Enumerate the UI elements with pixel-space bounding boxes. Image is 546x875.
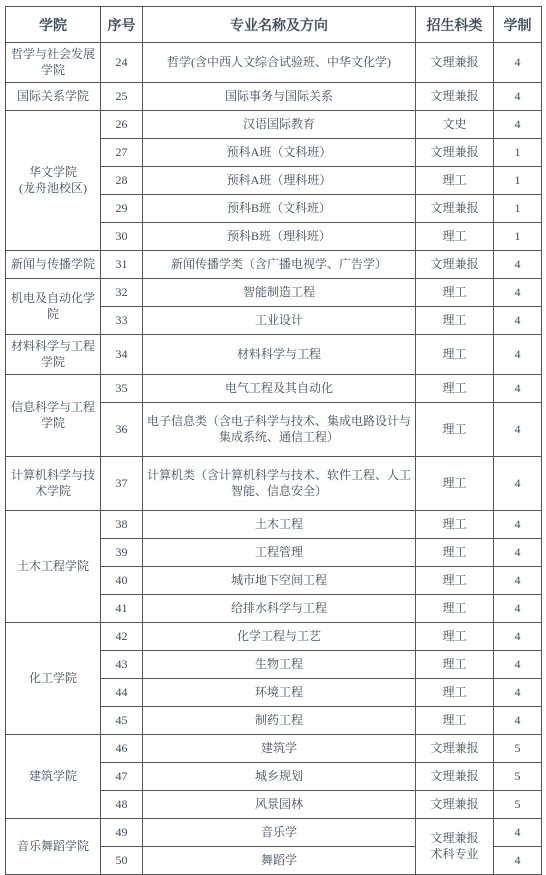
duration-cell: 4 [494, 375, 542, 403]
college-cell: 哲学与社会发展学院 [6, 43, 101, 83]
duration-cell: 4 [494, 511, 542, 539]
number-cell: 49 [101, 819, 143, 847]
category-cell: 理工 [416, 651, 494, 679]
table-row: 哲学与社会发展学院 24 哲学(含中西人文综合试验班、中华文化学) 文理兼报 4 [6, 43, 542, 83]
header-number: 序号 [101, 7, 143, 43]
number-cell: 35 [101, 375, 143, 403]
major-cell: 风景园林 [143, 791, 416, 819]
major-cell: 给排水科学与工程 [143, 595, 416, 623]
duration-cell: 4 [494, 111, 542, 139]
major-cell: 生物工程 [143, 651, 416, 679]
header-category: 招生科类 [416, 7, 494, 43]
number-cell: 43 [101, 651, 143, 679]
major-cell: 预科B班（理科班） [143, 223, 416, 251]
category-cell: 理工 [416, 511, 494, 539]
category-cell: 文理兼报 [416, 251, 494, 279]
major-cell: 材料科学与工程 [143, 335, 416, 375]
college-cell: 机电及自动化学院 [6, 279, 101, 335]
category-cell: 文理兼报 [416, 139, 494, 167]
duration-cell: 5 [494, 791, 542, 819]
duration-cell: 4 [494, 651, 542, 679]
number-cell: 32 [101, 279, 143, 307]
duration-cell: 4 [494, 707, 542, 735]
table-row: 机电及自动化学院 32 智能制造工程 理工 4 [6, 279, 542, 307]
category-cell: 理工 [416, 595, 494, 623]
major-cell: 预科A班（文科班） [143, 139, 416, 167]
category-cell: 理工 [416, 539, 494, 567]
category-cell: 理工 [416, 279, 494, 307]
category-cell: 理工 [416, 223, 494, 251]
number-cell: 45 [101, 707, 143, 735]
duration-cell: 4 [494, 279, 542, 307]
major-cell: 制药工程 [143, 707, 416, 735]
college-cell: 音乐舞蹈学院 [6, 819, 101, 875]
header-college: 学院 [6, 7, 101, 43]
duration-cell: 1 [494, 139, 542, 167]
category-cell: 理工 [416, 623, 494, 651]
major-cell: 音乐学 [143, 819, 416, 847]
number-cell: 38 [101, 511, 143, 539]
major-cell: 工业设计 [143, 307, 416, 335]
college-cell: 新闻与传播学院 [6, 251, 101, 279]
number-cell: 25 [101, 83, 143, 111]
table-row: 建筑学院 46 建筑学 文理兼报 5 [6, 735, 542, 763]
number-cell: 46 [101, 735, 143, 763]
major-cell: 电子信息类（含电子科学与技术、集成电路设计与集成系统、通信工程） [143, 403, 416, 457]
major-cell: 新闻传播学类（含广播电视学、广告学） [143, 251, 416, 279]
number-cell: 40 [101, 567, 143, 595]
table-row: 国际关系学院 25 国际事务与国际关系 文理兼报 4 [6, 83, 542, 111]
college-cell: 土木工程学院 [6, 511, 101, 623]
number-cell: 44 [101, 679, 143, 707]
college-cell: 计算机科学与技术学院 [6, 457, 101, 511]
major-cell: 计算机类（含计算机科学与技术、软件工程、人工智能、信息安全） [143, 457, 416, 511]
category-cell: 文理兼报 [416, 735, 494, 763]
table-header-row: 学院 序号 专业名称及方向 招生科类 学制 [6, 7, 542, 43]
header-duration: 学制 [494, 7, 542, 43]
table-row: 信息科学与工程学院 35 电气工程及其自动化 理工 4 [6, 375, 542, 403]
table-row: 音乐舞蹈学院 49 音乐学 文理兼报 术科专业 4 [6, 819, 542, 847]
major-cell: 智能制造工程 [143, 279, 416, 307]
duration-cell: 5 [494, 763, 542, 791]
admissions-table: 学院 序号 专业名称及方向 招生科类 学制 哲学与社会发展学院 24 哲学(含中… [5, 6, 542, 875]
duration-cell: 5 [494, 735, 542, 763]
category-cell: 理工 [416, 679, 494, 707]
major-cell: 电气工程及其自动化 [143, 375, 416, 403]
number-cell: 47 [101, 763, 143, 791]
duration-cell: 4 [494, 819, 542, 847]
category-cell: 理工 [416, 307, 494, 335]
duration-cell: 4 [494, 679, 542, 707]
number-cell: 34 [101, 335, 143, 375]
major-cell: 哲学(含中西人文综合试验班、中华文化学) [143, 43, 416, 83]
major-cell: 汉语国际教育 [143, 111, 416, 139]
table-row: 化工学院 42 化学工程与工艺 理工 4 [6, 623, 542, 651]
number-cell: 36 [101, 403, 143, 457]
major-cell: 城乡规划 [143, 763, 416, 791]
category-cell: 理工 [416, 457, 494, 511]
duration-cell: 4 [494, 83, 542, 111]
number-cell: 33 [101, 307, 143, 335]
duration-cell: 1 [494, 223, 542, 251]
category-cell: 文史 [416, 111, 494, 139]
major-cell: 土木工程 [143, 511, 416, 539]
duration-cell: 4 [494, 595, 542, 623]
category-cell: 文理兼报 [416, 195, 494, 223]
table-row: 土木工程学院 38 土木工程 理工 4 [6, 511, 542, 539]
major-cell: 舞蹈学 [143, 847, 416, 875]
number-cell: 39 [101, 539, 143, 567]
number-cell: 30 [101, 223, 143, 251]
category-cell: 文理兼报 术科专业 [416, 819, 494, 875]
number-cell: 31 [101, 251, 143, 279]
duration-cell: 4 [494, 251, 542, 279]
duration-cell: 4 [494, 539, 542, 567]
duration-cell: 4 [494, 457, 542, 511]
number-cell: 41 [101, 595, 143, 623]
category-cell: 理工 [416, 167, 494, 195]
duration-cell: 4 [494, 847, 542, 875]
table-row: 华文学院 (龙舟池校区) 26 汉语国际教育 文史 4 [6, 111, 542, 139]
major-cell: 建筑学 [143, 735, 416, 763]
number-cell: 37 [101, 457, 143, 511]
number-cell: 27 [101, 139, 143, 167]
college-cell: 化工学院 [6, 623, 101, 735]
category-cell: 文理兼报 [416, 83, 494, 111]
table-row: 计算机科学与技术学院 37 计算机类（含计算机科学与技术、软件工程、人工智能、信… [6, 457, 542, 511]
major-cell: 工程管理 [143, 539, 416, 567]
major-cell: 预科B班（文科班） [143, 195, 416, 223]
number-cell: 50 [101, 847, 143, 875]
duration-cell: 4 [494, 403, 542, 457]
college-cell: 材料科学与工程学院 [6, 335, 101, 375]
major-cell: 预科A班（理科班） [143, 167, 416, 195]
category-cell: 理工 [416, 707, 494, 735]
duration-cell: 1 [494, 167, 542, 195]
number-cell: 24 [101, 43, 143, 83]
category-cell: 理工 [416, 375, 494, 403]
duration-cell: 4 [494, 623, 542, 651]
table-row: 新闻与传播学院 31 新闻传播学类（含广播电视学、广告学） 文理兼报 4 [6, 251, 542, 279]
number-cell: 26 [101, 111, 143, 139]
number-cell: 48 [101, 791, 143, 819]
page-body: 学院 序号 专业名称及方向 招生科类 学制 哲学与社会发展学院 24 哲学(含中… [0, 0, 546, 875]
category-cell: 理工 [416, 403, 494, 457]
category-cell: 理工 [416, 567, 494, 595]
number-cell: 28 [101, 167, 143, 195]
major-cell: 化学工程与工艺 [143, 623, 416, 651]
category-cell: 文理兼报 [416, 763, 494, 791]
header-major: 专业名称及方向 [143, 7, 416, 43]
duration-cell: 1 [494, 195, 542, 223]
duration-cell: 4 [494, 43, 542, 83]
number-cell: 42 [101, 623, 143, 651]
college-cell: 信息科学与工程学院 [6, 375, 101, 457]
major-cell: 城市地下空间工程 [143, 567, 416, 595]
major-cell: 国际事务与国际关系 [143, 83, 416, 111]
category-cell: 理工 [416, 335, 494, 375]
category-cell: 文理兼报 [416, 43, 494, 83]
major-cell: 环境工程 [143, 679, 416, 707]
category-cell: 文理兼报 [416, 791, 494, 819]
number-cell: 29 [101, 195, 143, 223]
college-cell: 华文学院 (龙舟池校区) [6, 111, 101, 251]
college-cell: 国际关系学院 [6, 83, 101, 111]
college-cell: 建筑学院 [6, 735, 101, 819]
duration-cell: 4 [494, 307, 542, 335]
duration-cell: 4 [494, 567, 542, 595]
table-row: 材料科学与工程学院 34 材料科学与工程 理工 4 [6, 335, 542, 375]
duration-cell: 4 [494, 335, 542, 375]
